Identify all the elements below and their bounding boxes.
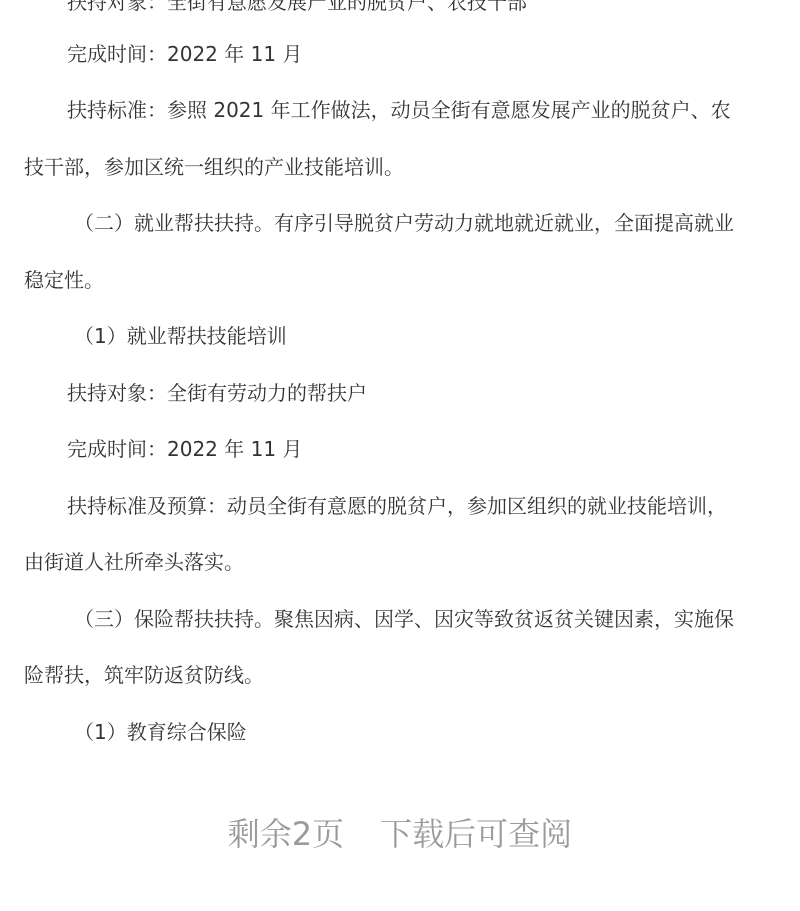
paragraph-line: 完成时间：2022 年 11 月 xyxy=(67,435,780,463)
section-heading: （三）保险帮扶扶持。聚焦因病、因学、因灾等致贫返贫关键因素，实施保 xyxy=(74,605,780,633)
download-prompt[interactable]: 剩余2页下载后可查阅 xyxy=(0,812,800,856)
paragraph-line: 稳定性。 xyxy=(24,266,780,294)
paragraph-line: 扶持对象：全街有意愿发展产业的脱贫户、农技干部 xyxy=(67,0,780,16)
paragraph-line: 扶持对象：全街有劳动力的帮扶户 xyxy=(67,379,780,407)
paragraph-line: 完成时间：2022 年 11 月 xyxy=(67,40,780,68)
paragraph-line: 由街道人社所牵头落实。 xyxy=(24,548,780,576)
section-heading: （二）就业帮扶扶持。有序引导脱贫户劳动力就地就近就业，全面提高就业 xyxy=(74,209,780,237)
paragraph-line: 险帮扶，筑牢防返贫防线。 xyxy=(24,661,780,689)
paragraph-line: 扶持标准及预算：动员全街有意愿的脱贫户，参加区组织的就业技能培训， xyxy=(67,492,780,520)
subsection-heading: （1）教育综合保险 xyxy=(74,718,780,746)
paragraph-line: 技干部，参加区统一组织的产业技能培训。 xyxy=(24,153,780,181)
paragraph-line: 扶持标准：参照 2021 年工作做法，动员全街有意愿发展产业的脱贫户、农 xyxy=(67,96,780,124)
download-to-view-link[interactable]: 下载后可查阅 xyxy=(380,812,572,856)
remaining-pages-label: 剩余2页 xyxy=(228,812,344,856)
subsection-heading: （1）就业帮扶技能培训 xyxy=(74,322,780,350)
